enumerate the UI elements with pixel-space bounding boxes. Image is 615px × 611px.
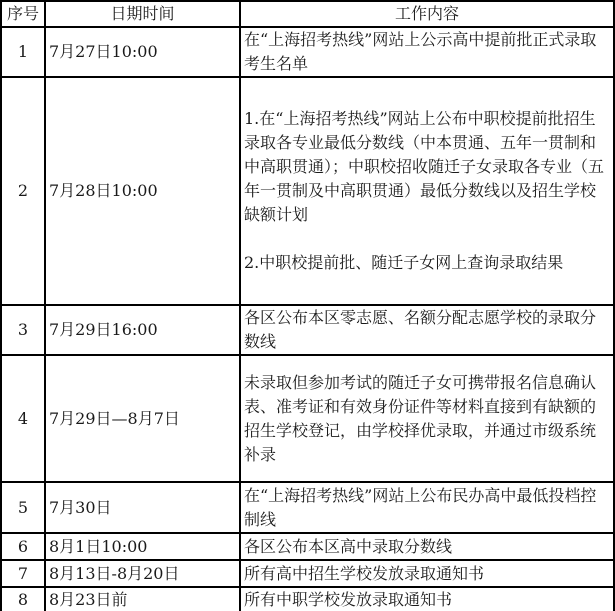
- header-number: 序号: [1, 1, 45, 27]
- table-header-row: 序号 日期时间 工作内容: [1, 1, 614, 27]
- table-row: 5 7月30日 在“上海招考热线”网站上公布民办高中最低投档控制线: [1, 482, 614, 533]
- row-number: 4: [1, 355, 45, 482]
- row-date: 7月27日10:00: [45, 27, 240, 77]
- admission-schedule-table: 序号 日期时间 工作内容 1 7月27日10:00 在“上海招考热线”网站上公示…: [0, 0, 615, 611]
- row-number: 8: [1, 587, 45, 611]
- table-row: 8 8月23日前 所有中职学校发放录取通知书: [1, 587, 614, 611]
- row-number: 2: [1, 77, 45, 305]
- row-number: 7: [1, 560, 45, 587]
- row-work: 所有高中招生学校发放录取通知书: [240, 560, 614, 587]
- table-row: 6 8月1日10:00 各区公布本区高中录取分数线: [1, 533, 614, 560]
- row-work: 1.在“上海招考热线”网站上公布中职校提前批招生录取各专业最低分数线（中本贯通、…: [240, 77, 614, 305]
- row-work: 所有中职学校发放录取通知书: [240, 587, 614, 611]
- row-number: 6: [1, 533, 45, 560]
- row-work: 在“上海招考热线”网站上公布民办高中最低投档控制线: [240, 482, 614, 533]
- row-date: 7月29日16:00: [45, 305, 240, 355]
- row-number: 1: [1, 27, 45, 77]
- header-work-content: 工作内容: [240, 1, 614, 27]
- row-work: 各区公布本区高中录取分数线: [240, 533, 614, 560]
- row-number: 5: [1, 482, 45, 533]
- table-row: 2 7月28日10:00 1.在“上海招考热线”网站上公布中职校提前批招生录取各…: [1, 77, 614, 305]
- row-work: 未录取但参加考试的随迁子女可携带报名信息确认表、准考证和有效身份证件等材料直接到…: [240, 355, 614, 482]
- row-date: 7月29日—8月7日: [45, 355, 240, 482]
- paragraph-gap: [244, 227, 610, 251]
- table-row: 4 7月29日—8月7日 未录取但参加考试的随迁子女可携带报名信息确认表、准考证…: [1, 355, 614, 482]
- row-number: 3: [1, 305, 45, 355]
- work-item-1: 1.在“上海招考热线”网站上公布中职校提前批招生录取各专业最低分数线（中本贯通、…: [244, 107, 610, 227]
- work-item-2: 2.中职校提前批、随迁子女网上查询录取结果: [244, 251, 610, 275]
- table-row: 3 7月29日16:00 各区公布本区零志愿、名额分配志愿学校的录取分数线: [1, 305, 614, 355]
- row-date: 7月30日: [45, 482, 240, 533]
- row-date: 8月13日-8月20日: [45, 560, 240, 587]
- row-date: 8月23日前: [45, 587, 240, 611]
- row-date: 7月28日10:00: [45, 77, 240, 305]
- header-datetime: 日期时间: [45, 1, 240, 27]
- row-work: 在“上海招考热线”网站上公示高中提前批正式录取考生名单: [240, 27, 614, 77]
- row-work: 各区公布本区零志愿、名额分配志愿学校的录取分数线: [240, 305, 614, 355]
- table-row: 1 7月27日10:00 在“上海招考热线”网站上公示高中提前批正式录取考生名单: [1, 27, 614, 77]
- table-row: 7 8月13日-8月20日 所有高中招生学校发放录取通知书: [1, 560, 614, 587]
- row-date: 8月1日10:00: [45, 533, 240, 560]
